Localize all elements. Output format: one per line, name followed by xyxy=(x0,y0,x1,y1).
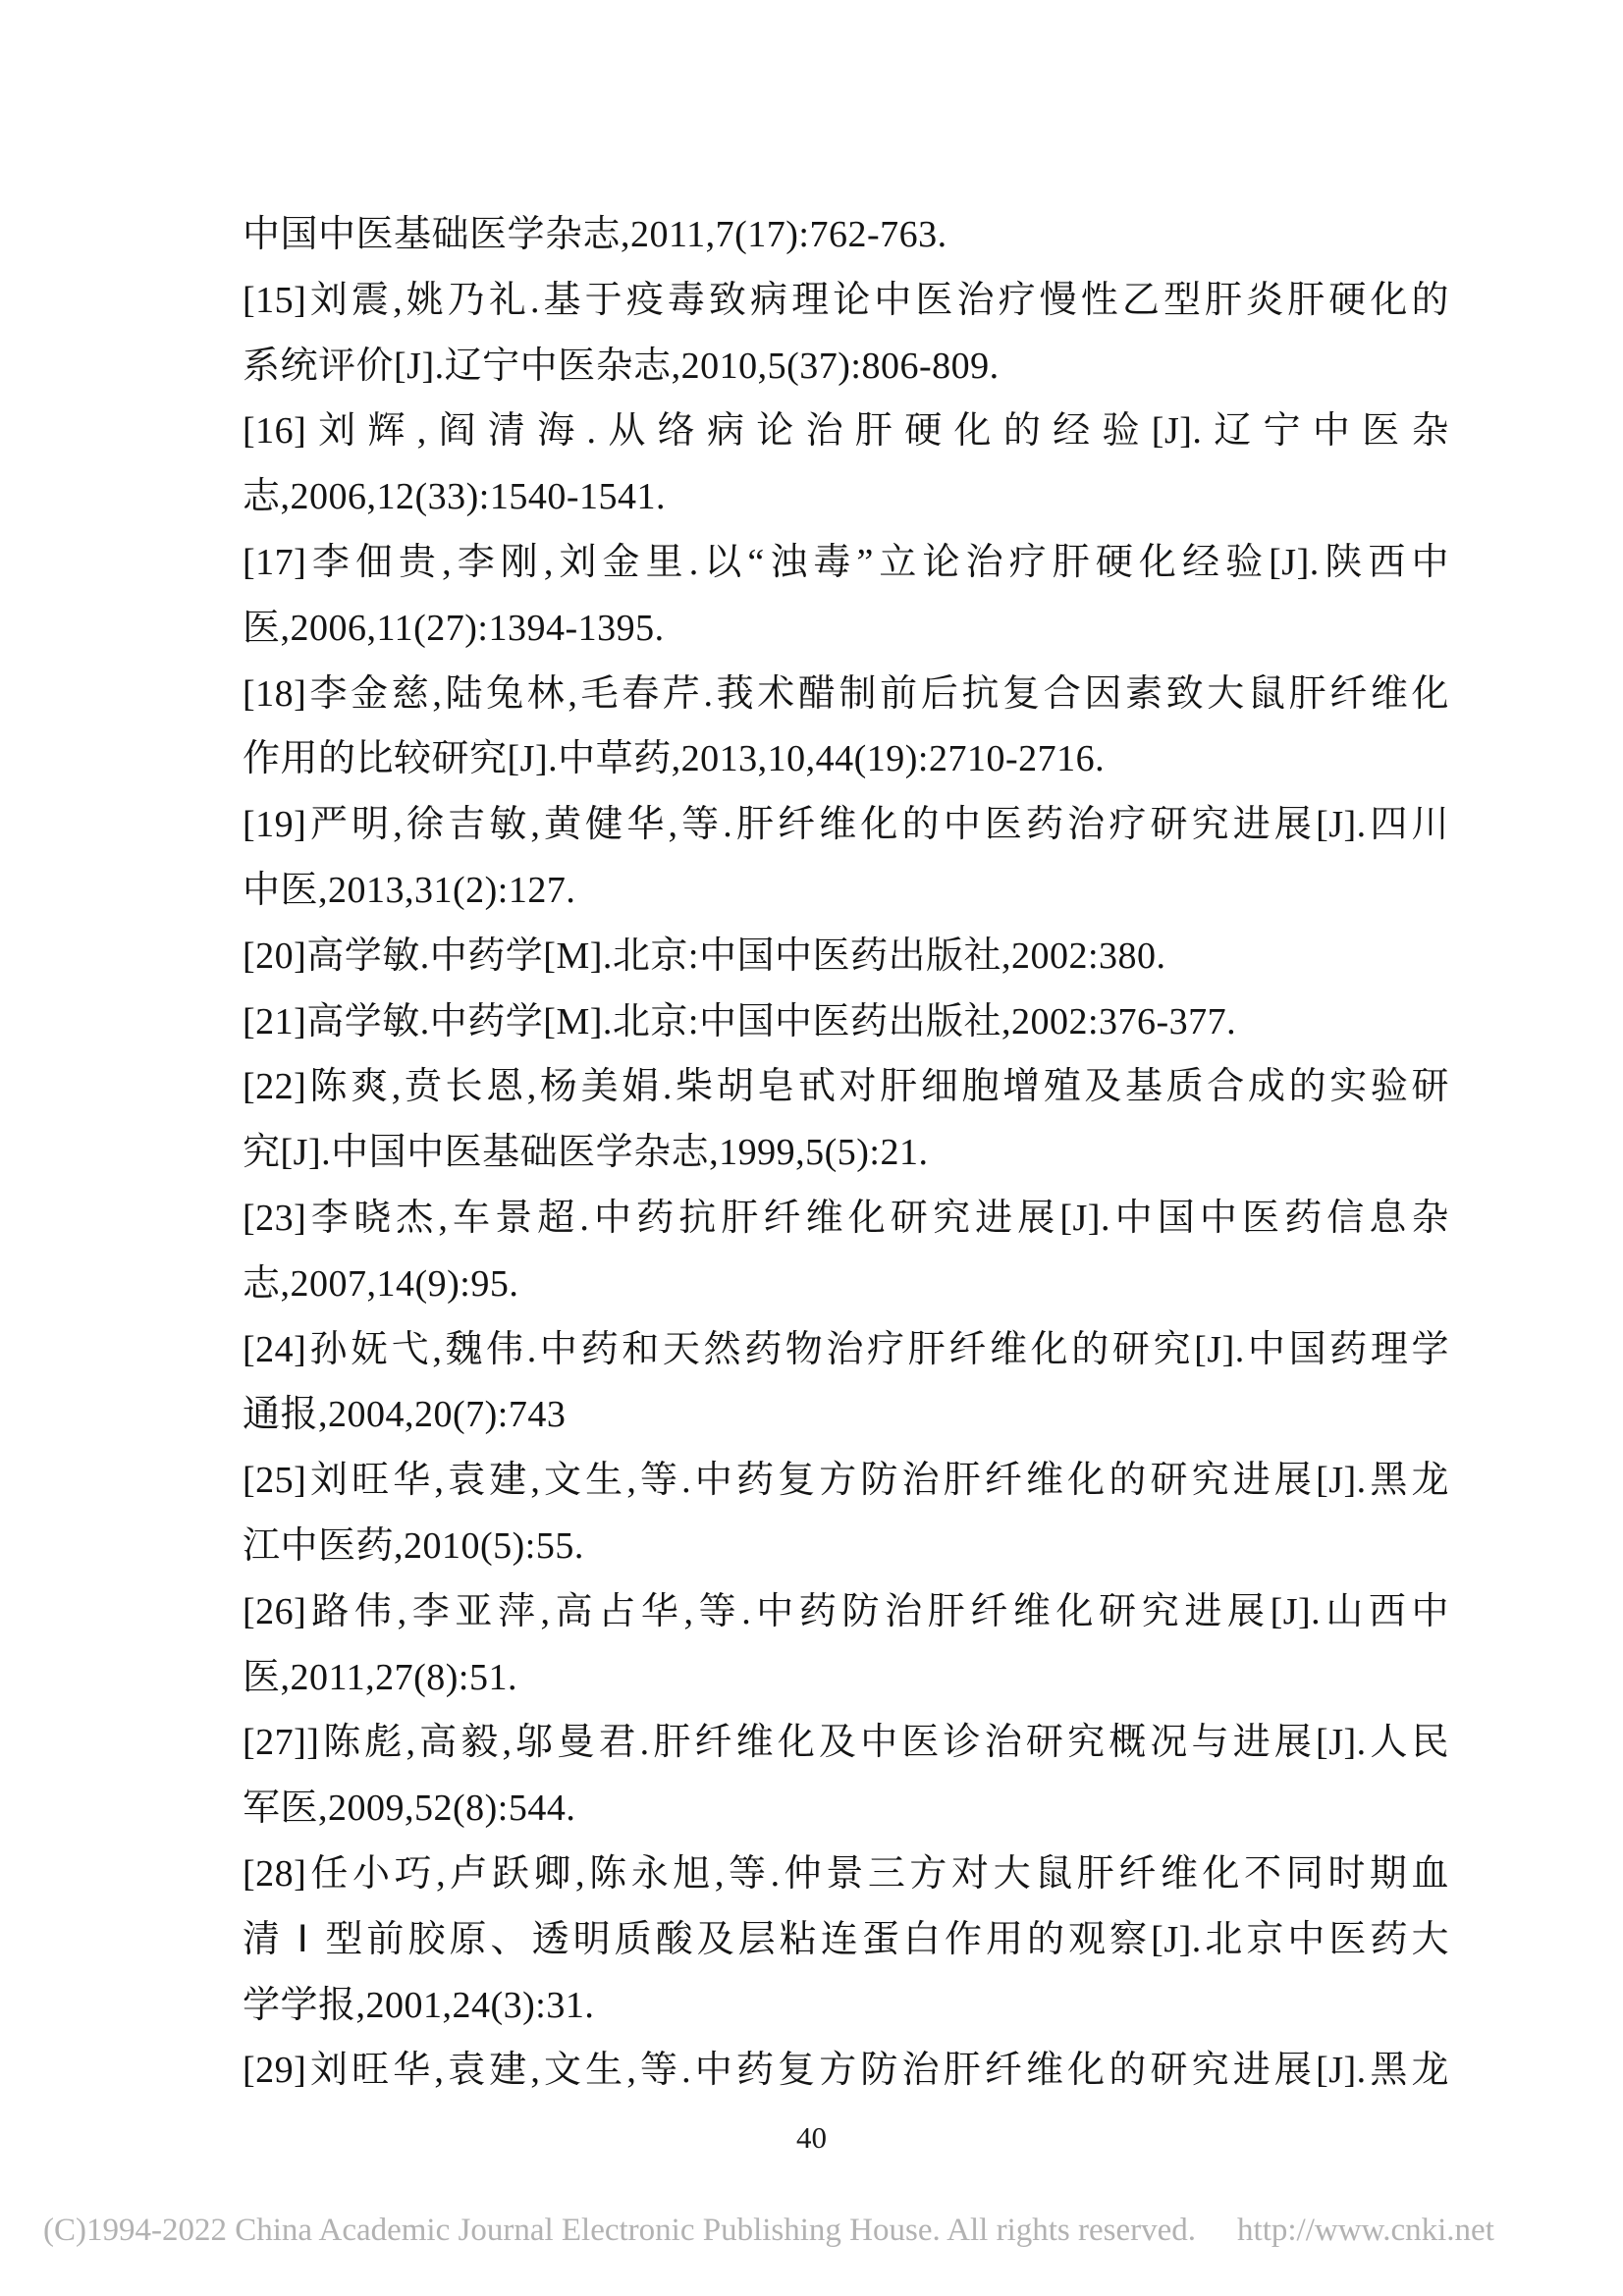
reference-line: [26]路伟,李亚萍,高占华,等.中药防治肝纤维化研究进展[J].山西中 xyxy=(243,1579,1449,1645)
page-number: 40 xyxy=(0,2118,1623,2158)
footer: (C)1994-2022 China Academic Journal Elec… xyxy=(43,2209,1494,2252)
reference-line: [21]高学敏.中药学[M].北京:中国中医药出版社,2002:376-377. xyxy=(243,989,1449,1055)
reference-line: 中医,2013,31(2):127. xyxy=(243,858,1449,924)
references-list: 中国中医基础医学杂志,2011,7(17):762-763.[15]刘震,姚乃礼… xyxy=(243,202,1449,2104)
reference-line: 清 Ⅰ 型前胶原、透明质酸及层粘连蛋白作用的观察[J].北京中医药大 xyxy=(243,1907,1449,1973)
reference-line: [20]高学敏.中药学[M].北京:中国中医药出版社,2002:380. xyxy=(243,924,1449,989)
reference-line: [17]李佃贵,李刚,刘金里.以“浊毒”立论治疗肝硬化经验[J].陕西中 xyxy=(243,530,1449,596)
reference-line: [27]]陈彪,高毅,邬曼君.肝纤维化及中医诊治研究概况与进展[J].人民 xyxy=(243,1710,1449,1776)
reference-line: 学学报,2001,24(3):31. xyxy=(243,1973,1449,2039)
reference-line: 中国中医基础医学杂志,2011,7(17):762-763. xyxy=(243,202,1449,268)
reference-line: [15]刘震,姚乃礼.基于疫毒致病理论中医治疗慢性乙型肝炎肝硬化的 xyxy=(243,268,1449,334)
reference-line: [25]刘旺华,袁建,文生,等.中药复方防治肝纤维化的研究进展[J].黑龙 xyxy=(243,1448,1449,1514)
reference-line: 系统评价[J].辽宁中医杂志,2010,5(37):806-809. xyxy=(243,334,1449,400)
footer-copyright: (C)1994-2022 China Academic Journal Elec… xyxy=(43,2213,1196,2248)
footer-url: http://www.cnki.net xyxy=(1237,2213,1494,2248)
reference-line: 志,2006,12(33):1540-1541. xyxy=(243,464,1449,530)
reference-line: 军医,2009,52(8):544. xyxy=(243,1776,1449,1842)
reference-line: [24]孙妩弋,魏伟.中药和天然药物治疗肝纤维化的研究[J].中国药理学 xyxy=(243,1317,1449,1383)
reference-line: 医,2006,11(27):1394-1395. xyxy=(243,596,1449,662)
reference-line: [18]李金慈,陆兔林,毛春芹.莪术醋制前后抗复合因素致大鼠肝纤维化 xyxy=(243,662,1449,727)
reference-line: 通报,2004,20(7):743 xyxy=(243,1382,1449,1448)
reference-line: 医,2011,27(8):51. xyxy=(243,1645,1449,1711)
reference-line: [16]刘辉,阎清海.从络病论治肝硬化的经验[J].辽宁中医杂 xyxy=(243,399,1449,464)
reference-line: 江中医药,2010(5):55. xyxy=(243,1514,1449,1579)
reference-line: [28]任小巧,卢跃卿,陈永旭,等.仲景三方对大鼠肝纤维化不同时期血 xyxy=(243,1842,1449,1907)
reference-line: [29]刘旺华,袁建,文生,等.中药复方防治肝纤维化的研究进展[J].黑龙 xyxy=(243,2038,1449,2104)
reference-line: [23]李晓杰,车景超.中药抗肝纤维化研究进展[J].中国中医药信息杂 xyxy=(243,1186,1449,1252)
reference-line: 志,2007,14(9):95. xyxy=(243,1252,1449,1317)
reference-line: 作用的比较研究[J].中草药,2013,10,44(19):2710-2716. xyxy=(243,726,1449,792)
reference-line: [22]陈爽,贲长恩,杨美娟.柴胡皂甙对肝细胞增殖及基质合成的实验研 xyxy=(243,1054,1449,1120)
reference-line: [19]严明,徐吉敏,黄健华,等.肝纤维化的中医药治疗研究进展[J].四川 xyxy=(243,792,1449,858)
reference-line: 究[J].中国中医基础医学杂志,1999,5(5):21. xyxy=(243,1120,1449,1186)
document-page: 中国中医基础医学杂志,2011,7(17):762-763.[15]刘震,姚乃礼… xyxy=(0,0,1623,2296)
